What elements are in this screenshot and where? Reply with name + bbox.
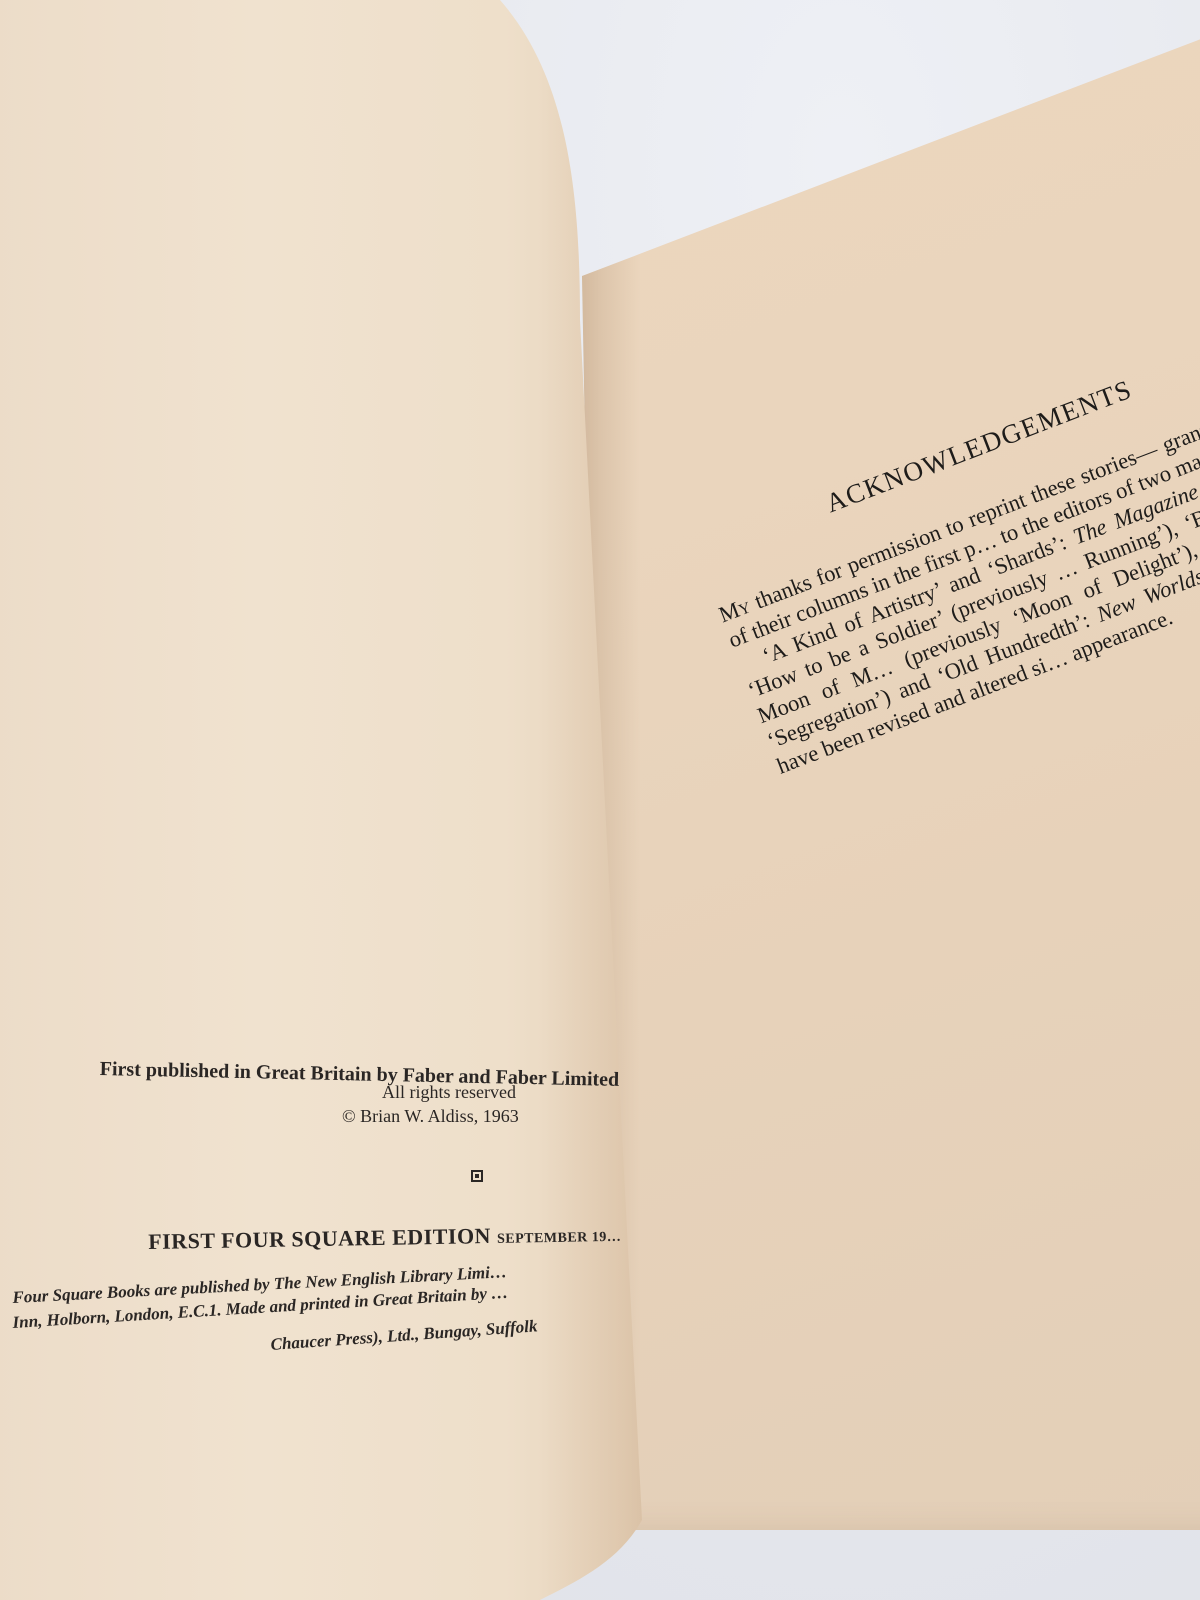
- four-square-logo-icon: [471, 1170, 483, 1182]
- edition-title: FIRST FOUR SQUARE EDITION: [148, 1223, 491, 1254]
- edition-date: SEPTEMBER 19…: [497, 1230, 622, 1247]
- imprint-copyright: © Brian W. Aldiss, 1963: [342, 1106, 519, 1127]
- imprint-rights: All rights reserved: [382, 1082, 516, 1103]
